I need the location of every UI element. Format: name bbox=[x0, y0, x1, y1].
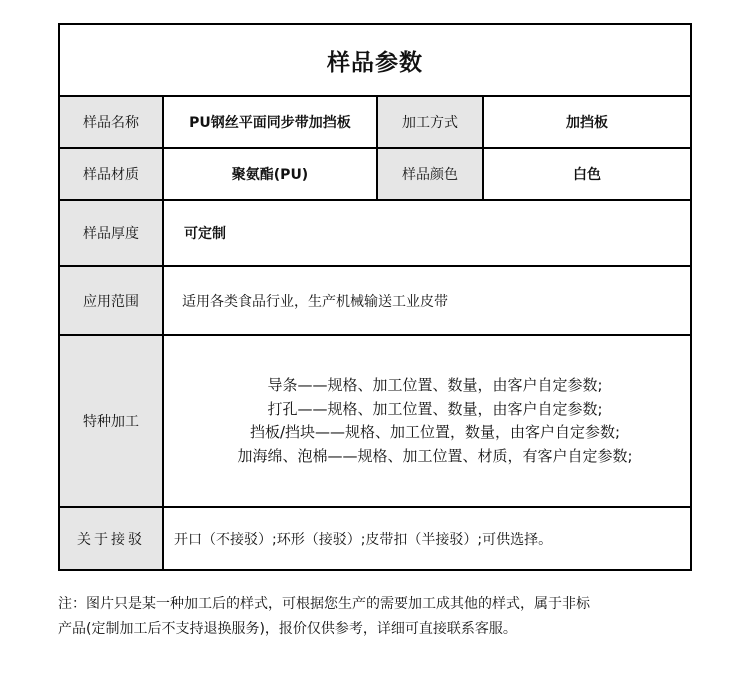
value-sample-material: 聚氨酯(PU) bbox=[164, 149, 378, 199]
label-application-scope: 应用范围 bbox=[60, 267, 164, 334]
table-row-thickness: 样品厚度 可定制 bbox=[60, 199, 690, 265]
footnote-line-1: 注：图片只是某一种加工后的样式，可根据您生产的需要加工成其他的样式，属于非标 bbox=[58, 592, 698, 617]
value-sample-color: 白色 bbox=[484, 149, 690, 199]
table-row-application: 应用范围 适用各类食品行业，生产机械输送工业皮带 bbox=[60, 265, 690, 334]
special-processing-line: 导条——规格、加工位置、数量，由客户自定参数; bbox=[267, 374, 602, 398]
footnote: 注：图片只是某一种加工后的样式，可根据您生产的需要加工成其他的样式，属于非标 产… bbox=[58, 592, 698, 642]
table-title-row: 样品参数 bbox=[60, 25, 690, 95]
value-application-scope: 适用各类食品行业，生产机械输送工业皮带 bbox=[164, 267, 690, 334]
label-sample-thickness: 样品厚度 bbox=[60, 201, 164, 265]
sample-parameters-table: 样品参数 样品名称 PU钢丝平面同步带加挡板 加工方式 加挡板 样品材质 聚氨酯… bbox=[58, 23, 692, 571]
value-processing-method: 加挡板 bbox=[484, 97, 690, 147]
special-processing-line: 打孔——规格、加工位置、数量，由客户自定参数; bbox=[267, 398, 602, 422]
special-processing-line: 加海绵、泡棉——规格、加工位置、材质，有客户自定参数; bbox=[237, 445, 632, 469]
special-processing-line: 挡板/挡块——规格、加工位置，数量，由客户自定参数; bbox=[250, 421, 620, 445]
label-sample-material: 样品材质 bbox=[60, 149, 164, 199]
label-sample-name: 样品名称 bbox=[60, 97, 164, 147]
table-row-name: 样品名称 PU钢丝平面同步带加挡板 加工方式 加挡板 bbox=[60, 95, 690, 147]
value-special-processing: 导条——规格、加工位置、数量，由客户自定参数; 打孔——规格、加工位置、数量，由… bbox=[164, 336, 690, 506]
value-joint: 开口（不接驳）;环形（接驳）;皮带扣（半接驳）;可供选择。 bbox=[164, 508, 690, 569]
table-row-joint: 关于接驳 开口（不接驳）;环形（接驳）;皮带扣（半接驳）;可供选择。 bbox=[60, 506, 690, 569]
footnote-line-2: 产品(定制加工后不支持退换服务)，报价仅供参考，详细可直接联系客服。 bbox=[58, 617, 698, 642]
value-sample-thickness: 可定制 bbox=[164, 201, 690, 265]
table-row-material: 样品材质 聚氨酯(PU) 样品颜色 白色 bbox=[60, 147, 690, 199]
label-joint: 关于接驳 bbox=[60, 508, 164, 569]
table-title: 样品参数 bbox=[327, 44, 423, 77]
label-special-processing: 特种加工 bbox=[60, 336, 164, 506]
label-processing-method: 加工方式 bbox=[378, 97, 484, 147]
value-sample-name: PU钢丝平面同步带加挡板 bbox=[164, 97, 378, 147]
table-row-special-processing: 特种加工 导条——规格、加工位置、数量，由客户自定参数; 打孔——规格、加工位置… bbox=[60, 334, 690, 506]
label-sample-color: 样品颜色 bbox=[378, 149, 484, 199]
